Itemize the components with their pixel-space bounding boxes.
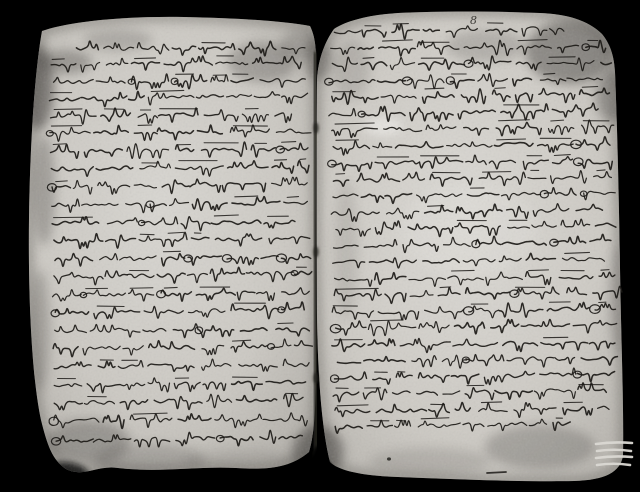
stitch-knot xyxy=(313,247,318,258)
stitch-knot xyxy=(313,373,318,384)
hatch-mark xyxy=(596,442,632,444)
ink-dot xyxy=(387,457,391,460)
manuscript-photograph: 8 xyxy=(0,0,640,492)
hatch-mark xyxy=(597,464,630,465)
manuscript-scene: 8 xyxy=(0,0,640,492)
ink-dash xyxy=(487,472,506,473)
stitch-knot xyxy=(313,123,318,134)
folio-number: 8 xyxy=(470,14,477,27)
hatch-mark xyxy=(597,450,631,451)
hatch-mark xyxy=(596,456,632,458)
